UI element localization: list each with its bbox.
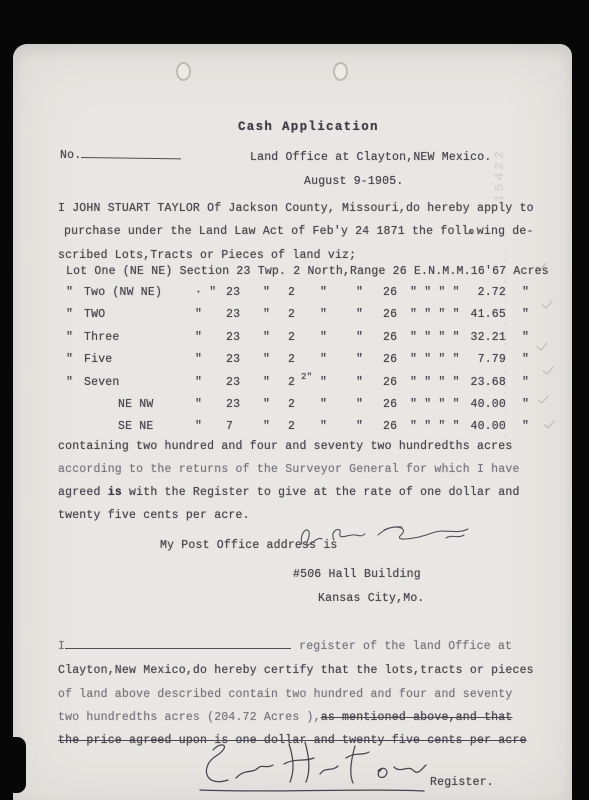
twp-cell: 2: [288, 331, 295, 344]
register-line-4: two hundredths acres (204.72 Acres ),as …: [58, 711, 512, 725]
caret-mark: ^: [468, 227, 474, 241]
range-cell: 26: [383, 353, 397, 366]
sec-cell: 7: [226, 420, 233, 433]
north-ditto-cell: ": [320, 398, 327, 411]
mid-cell: ": [195, 308, 202, 321]
mid-cell: ": [195, 331, 202, 344]
intro-line-3: scribed Lots,Tracts or Pieces of land vi…: [58, 249, 356, 263]
range-cell: 26: [383, 398, 397, 411]
twp-cell: 2: [288, 286, 295, 299]
table-header-row: Lot One (NE NE) Section 23 Twp. 2 North,…: [66, 265, 549, 279]
name-cell: Seven: [84, 376, 120, 389]
document-title: Cash Application: [238, 120, 379, 134]
mid-cell: ": [195, 353, 202, 366]
containing-line: containing two hundred and four and seve…: [58, 440, 512, 454]
twp-ditto-cell: ": [263, 331, 270, 344]
intro-line-2-post: wing de-: [477, 225, 534, 238]
application-number-line: No.: [60, 149, 181, 163]
punch-hole-right: [333, 62, 348, 81]
range-ditto-cell: ": [356, 353, 363, 366]
range-cell: 26: [383, 331, 397, 344]
twp-ditto-cell: ": [263, 286, 270, 299]
acres-cell: 7.79: [448, 353, 506, 366]
name-cell: Five: [84, 353, 112, 366]
intro-line-2-pre: purchase under the Land Law Act of Feb'y…: [64, 225, 469, 238]
register-line-1: Iregister of the land Office at: [58, 640, 512, 654]
twp-ditto-cell: ": [263, 420, 270, 433]
lot-table: "Two (NW NE)· "23"2""26" " " "2.72""TWO"…: [58, 286, 548, 448]
overstruck-word: is: [108, 486, 122, 499]
register-line-1-pre: I: [58, 640, 65, 653]
sec-cell: 23: [226, 286, 240, 299]
range-ditto-cell: ": [356, 376, 363, 389]
acres-cell: 40.00: [448, 398, 506, 411]
register-signature: [192, 736, 432, 796]
table-row: NE NW"23"2""26" " " "40.00": [58, 398, 548, 418]
table-row: SE NE"7"2""26" " " "40.00": [58, 420, 548, 440]
acres-ditto-cell: ": [522, 420, 529, 433]
twp-ditto-cell: ": [263, 376, 270, 389]
acres-cell: 23.68: [448, 376, 506, 389]
application-number-blank: [81, 154, 181, 159]
twp-ditto-cell: ": [263, 398, 270, 411]
range-ditto-cell: ": [356, 286, 363, 299]
faint-number-stamp: 15422: [492, 148, 507, 202]
north-ditto-cell: ": [320, 308, 327, 321]
scanned-document-page: { "document": { "title": "Cash Applicati…: [0, 0, 589, 800]
mid-cell: ": [195, 398, 202, 411]
range-ditto-cell: ": [356, 420, 363, 433]
lot-cell: ": [66, 353, 73, 366]
lot-cell: ": [66, 308, 73, 321]
north-ditto-cell: ": [320, 376, 327, 389]
register-name-blank: [65, 645, 291, 649]
range-cell: 26: [383, 286, 397, 299]
acres-cell: 32.21: [448, 331, 506, 344]
po-address-city: Kansas City,Mo.: [318, 592, 425, 606]
range-ditto-cell: ": [356, 331, 363, 344]
per-acre-line: twenty five cents per acre.: [58, 509, 250, 523]
acres-ditto-cell: ": [522, 286, 529, 299]
register-line-3: of land above described contain two hund…: [58, 688, 512, 702]
mid-cell: · ": [195, 286, 216, 299]
agreed-pre: agreed: [58, 486, 108, 499]
table-row: "Two (NW NE)· "23"2""26" " " "2.72": [58, 286, 548, 306]
sec-cell: 23: [226, 376, 240, 389]
twp-ditto-cell: ": [263, 353, 270, 366]
north-ditto-cell: ": [320, 353, 327, 366]
register-line-2: Clayton,New Mexico,do hereby certify tha…: [58, 664, 534, 678]
north-ditto-cell: ": [320, 286, 327, 299]
table-row: "Three"23"2""26" " " "32.21": [58, 331, 548, 351]
twp-cell: 2: [288, 398, 295, 411]
table-row: "Seven"23"22"""26" " " "23.68": [58, 376, 548, 396]
name-cell: Two (NW NE): [84, 286, 162, 299]
range-cell: 26: [383, 420, 397, 433]
register-line-1-post: register of the land Office at: [299, 640, 512, 653]
acres-ditto-cell: ": [522, 331, 529, 344]
twp-ditto-cell: ": [263, 308, 270, 321]
north-ditto-cell: ": [320, 331, 327, 344]
acres-ditto-cell: ": [522, 308, 529, 321]
range-ditto-cell: ": [356, 308, 363, 321]
intro-line-1: I JOHN STUART TAYLOR Of Jackson County, …: [58, 202, 534, 216]
no-label: No.: [60, 149, 81, 162]
table-row: "Five"23"2""26" " " "7.79": [58, 353, 548, 373]
name-cell: NE NW: [118, 398, 154, 411]
land-office-line: Land Office at Clayton,NEW Mexico.: [250, 151, 491, 165]
acres-ditto-cell: ": [522, 398, 529, 411]
intro-line-2: purchase under the Land Law Act of Feb'y…: [64, 225, 534, 239]
north-ditto-cell: ": [320, 420, 327, 433]
twp-cell: 2: [288, 420, 295, 433]
mid-cell: ": [195, 420, 202, 433]
range-cell: 26: [383, 376, 397, 389]
twp-cell: 2: [288, 308, 295, 321]
sec-cell: 23: [226, 308, 240, 321]
po-address-street: #506 Hall Building: [293, 568, 421, 582]
table-row: "TWO"23"2""26" " " "41.65": [58, 308, 548, 328]
register-line-4-pre: two hundredths acres (204.72 Acres ),: [58, 711, 321, 724]
acres-cell: 41.65: [448, 308, 506, 321]
agreed-line: agreed is with the Register to give at t…: [58, 486, 520, 500]
applicant-signature: [296, 522, 474, 554]
sec-cell: 23: [226, 331, 240, 344]
scan-edge-notch: [0, 737, 26, 793]
lot-cell: ": [66, 376, 73, 389]
name-cell: Three: [84, 331, 120, 344]
lot-cell: ": [66, 331, 73, 344]
sec-cell: 23: [226, 398, 240, 411]
name-cell: TWO: [84, 308, 105, 321]
twp-cell: 2: [288, 376, 295, 389]
date-line: August 9-1905.: [304, 175, 403, 189]
register-line-4-struck: as mentioned above,and that: [321, 711, 513, 724]
mid-cell: ": [195, 376, 202, 389]
according-line: according to the returns of the Surveyor…: [58, 463, 520, 477]
twp-cell: 2: [288, 353, 295, 366]
lot-cell: ": [66, 286, 73, 299]
acres-ditto-cell: ": [522, 353, 529, 366]
sec-cell: 23: [226, 353, 240, 366]
acres-cell: 2.72: [448, 286, 506, 299]
register-title-label: Register.: [430, 776, 494, 790]
extra-cell: 2": [301, 372, 312, 382]
acres-ditto-cell: ": [522, 376, 529, 389]
punch-hole-left: [176, 62, 191, 81]
range-cell: 26: [383, 308, 397, 321]
range-ditto-cell: ": [356, 398, 363, 411]
acres-cell: 40.00: [448, 420, 506, 433]
agreed-post: with the Register to give at the rate of…: [122, 486, 520, 499]
name-cell: SE NE: [118, 420, 154, 433]
